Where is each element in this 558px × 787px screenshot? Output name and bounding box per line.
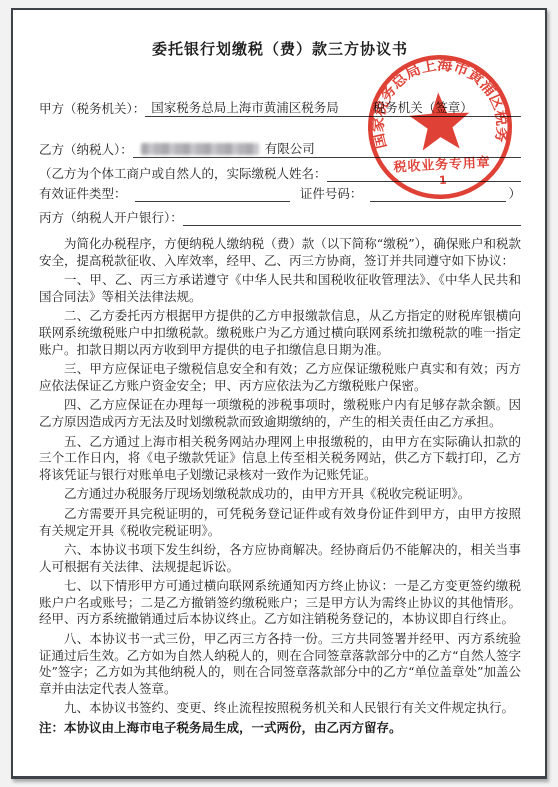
cert-no-blank-line — [370, 186, 506, 202]
party-b-label: 乙方（纳税人）： — [39, 141, 133, 158]
party-b-row: 乙方（纳税人）： 有限公司 — [39, 140, 521, 158]
document-title: 委托银行划缴税（费）款三方协议书 — [39, 38, 521, 59]
party-a-blank-line: 国家税务总局上海市黄浦区税务局 税务机关（签章） — [145, 99, 521, 117]
party-c-row: 丙方（纳税人开户银行）： — [39, 209, 521, 226]
paragraph-clause-5: 五、乙方通过上海市相关税务网站办理网上申报缴税的，由甲方在实际确认扣款的三个工作… — [39, 434, 521, 484]
individual-taxpayer-label: （乙方为个体工商户或自然人的，实际缴税人姓名： — [39, 165, 327, 182]
paragraph-clause-6: 六、本协议书项下发生纠纷，各方应协商解决。经协商后仍不能解决的，相关当事人可根据… — [39, 542, 521, 575]
footer-note: 注：本协议由上海市电子税务局生成，一式两份，由乙丙方留存。 — [39, 720, 521, 737]
party-a-row: 甲方（税务机关）： 国家税务总局上海市黄浦区税务局 税务机关（签章） — [39, 99, 521, 117]
agreement-body: 为简化办税程序，方便纳税人缴纳税（费）款（以下简称“缴税”），确保账户和税款安全… — [39, 236, 521, 737]
paren-close: ） — [508, 185, 521, 202]
paragraph-intro: 为简化办税程序，方便纳税人缴纳税（费）款（以下简称“缴税”），确保账户和税款安全… — [39, 236, 521, 269]
cert-no-label: 证件号码： — [300, 185, 363, 202]
party-c-label: 丙方（纳税人开户银行）： — [39, 209, 183, 226]
individual-taxpayer-row: （乙方为个体工商户或自然人的，实际缴税人姓名： — [39, 165, 521, 182]
paragraph-clause-9: 九、本协议书签约、变更、终止流程按照税务机关和人民银行有关文件规定执行。 — [39, 700, 521, 717]
paragraph-clause-5b: 乙方需要开具完税证明的，可凭税务登记证件或有效身份证件到甲方，由甲方按照有关规定… — [39, 506, 521, 539]
taxpayer-name-blank-line — [327, 166, 521, 182]
party-c-blank-line — [183, 210, 521, 226]
party-a-label: 甲方（税务机关）： — [39, 100, 145, 117]
paragraph-clause-7: 七、以下情形甲方可通过横向联网系统通知丙方终止协议：一是乙方变更签约缴税账户户名… — [39, 578, 521, 628]
paragraph-clause-5a: 乙方通过办税服务厅现场划缴税款成功的，由甲方开具《税收完税证明》。 — [39, 486, 521, 503]
party-b-blank-line: 有限公司 — [133, 140, 521, 158]
party-b-name-suffix: 有限公司 — [265, 140, 315, 157]
party-a-signature-hint: 税务机关（签章） — [373, 99, 473, 116]
paragraph-clause-1: 一、甲、乙、丙三方承诺遵守《中华人民共和国税收征收管理法》、《中华人民共和国合同… — [39, 272, 521, 305]
paragraph-clause-2: 二、乙方委托丙方根据甲方提供的乙方申报缴款信息，从乙方指定的财税库银横向联网系统… — [39, 308, 521, 358]
document-page: 委托银行划缴税（费）款三方协议书 甲方（税务机关）： 国家税务总局上海市黄浦区税… — [11, 8, 547, 779]
certificate-row: 有效证件类型： 证件号码： ） — [39, 185, 521, 202]
cert-type-label: 有效证件类型： — [39, 185, 127, 202]
paragraph-clause-3: 三、甲方应保证电子缴税信息安全和有效；乙方应保证缴税账户真实和有效；丙方应依法保… — [39, 361, 521, 394]
redacted-company-name — [141, 143, 259, 155]
paragraph-clause-8: 八、本协议书一式三份，甲乙丙三方各持一份。三方共同签署并经甲、丙方系统验证通过后… — [39, 631, 521, 697]
party-a-value: 国家税务总局上海市黄浦区税务局 — [151, 99, 339, 116]
paragraph-clause-4: 四、乙方应保证在办理每一项缴税的涉税事项时，缴税账户内有足够存款余额。因乙方原因… — [39, 397, 521, 430]
cert-type-blank-line — [135, 186, 290, 202]
